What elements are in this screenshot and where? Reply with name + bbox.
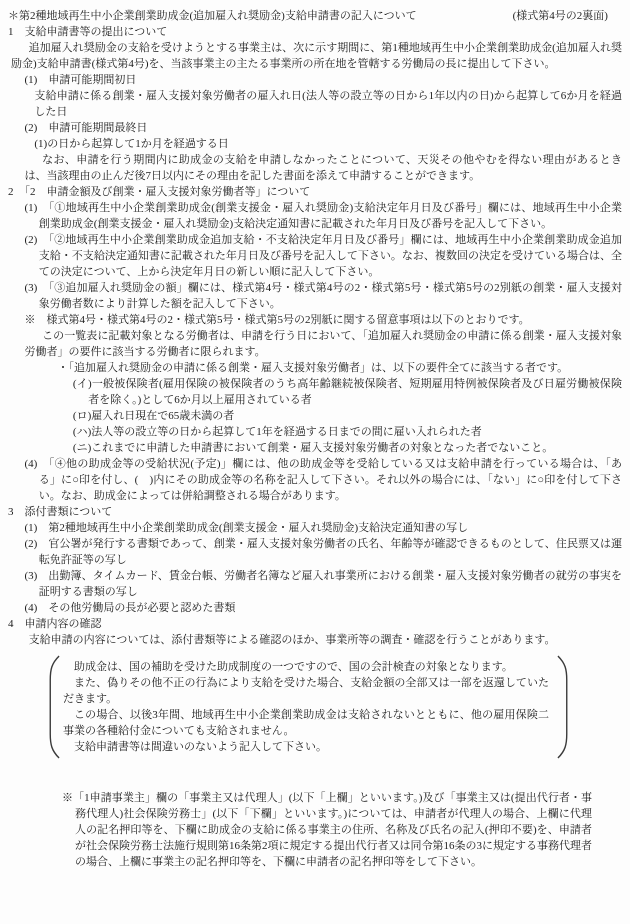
notice-line-1: 助成金は、国の補助を受けた助成制度の一つですので、国の会計検査の対象となります。 xyxy=(63,659,549,675)
section-3-item-2: (2) 官公署が発行する書類であって、創業・雇入支援対象労働者の氏名、年齢等が確… xyxy=(39,536,622,568)
right-bracket-icon xyxy=(557,655,570,759)
condition-i: (イ)一般被保険者(雇用保険の被保険者のうち高年齢継続被保険者、短期雇用特例被保… xyxy=(88,376,622,408)
section-1-item-1-label: (1) 申請可能期間初日 xyxy=(25,72,623,88)
section-2-item-2: (2) 「②地域再生中小企業創業助成金追加支給・不支給決定年月日及び番号」欄には… xyxy=(39,232,622,280)
section-2-bullet: ・「追加雇入れ奨励金の申請に係る創業・雇入支援対象労働者」は、以下の要件全てに該… xyxy=(58,360,623,376)
section-4-heading: 4 申請内容の確認 xyxy=(8,616,622,632)
page-title: ＊第2種地域再生中小企業創業助成金(追加雇入れ奨励金)支給申請書の記入について xyxy=(8,10,417,22)
notice-box-text: 助成金は、国の補助を受けた助成制度の一つですので、国の会計検査の対象となります。… xyxy=(60,655,557,759)
document-page: ＊第2種地域再生中小企業創業助成金(追加雇入れ奨励金)支給申請書の記入について(… xyxy=(0,0,630,924)
section-1-item-1-body: 支給申請に係る創業・雇入支援対象労働者の雇入れ日(法人等の設立等の日から1年以内… xyxy=(34,88,622,120)
condition-ni: (ニ)これまでに申請した申請書において創業・雇入支援対象労働者の対象となった者で… xyxy=(88,440,622,456)
section-2-item-4: (4) 「④他の助成金等の受給状況(予定)」欄には、他の助成金等を受給している又… xyxy=(39,456,622,504)
section-1-intro: 追加雇入れ奨励金の支給を受けようとする事業主は、次に示す期間に、第1種地域再生中… xyxy=(11,40,622,72)
section-2-heading: 2 「2 申請金額及び創業・雇入支援対象労働者等」について xyxy=(8,184,622,200)
notice-line-2: また、偽りその他不正の行為により支給を受けた場合、支給金額の全部又は一部を返還し… xyxy=(63,675,549,707)
section-2-note-para: この一覧表に記載対象となる労働者は、申請を行う日において、「追加雇入れ奨励金の申… xyxy=(25,328,623,360)
section-1-heading: 1 支給申請書等の提出について xyxy=(8,24,622,40)
section-1-item-2-note: なお、申請を行う期間内に助成金の支給を申請しなかったことについて、天災その他やむ… xyxy=(25,152,623,184)
section-2-item-3: (3) 「③追加雇入れ奨励金の額」欄には、様式第4号・様式第4号の2・様式第5号… xyxy=(39,280,622,312)
condition-ro: (ロ)雇入れ日現在で65歳未満の者 xyxy=(88,408,622,424)
section-3-heading: 3 添付書類について xyxy=(8,504,622,520)
section-3-item-4: (4) その他労働局の長が必要と認めた書類 xyxy=(39,600,622,616)
section-1-item-2-label: (2) 申請可能期間最終日 xyxy=(25,120,623,136)
notice-line-3: この場合、以後3年間、地域再生中小企業創業助成金は支給されないとともに、他の雇用… xyxy=(63,707,549,739)
section-2-note-star: ※ 様式第4号・様式第4号の2・様式第5号・様式第5号の2別紙に関する留意事項は… xyxy=(25,312,623,328)
document-header: ＊第2種地域再生中小企業創業助成金(追加雇入れ奨励金)支給申請書の記入について(… xyxy=(8,8,622,24)
form-reference: (様式第4号の2裏面) xyxy=(513,10,608,22)
section-1-item-2-body: (1)の日から起算して1か月を経過する日 xyxy=(34,136,622,152)
section-2-item-1: (1) 「①地域再生中小企業創業助成金(創業支援金・雇入れ奨励金)支給決定年月日… xyxy=(39,200,622,232)
applicant-field-footnote: ※「1申請事業主」欄の「事業主又は代理人」(以下「上欄」といいます。)及び「事業… xyxy=(75,790,592,870)
section-3-item-3: (3) 出勤簿、タイムカード、賃金台帳、労働者名簿など雇入れ事業所における創業・… xyxy=(39,568,622,600)
condition-ha: (ハ)法人等の設立等の日から起算して1年を経過する日までの間に雇い入れられた者 xyxy=(88,424,622,440)
left-bracket-icon xyxy=(47,655,60,759)
notice-box: 助成金は、国の補助を受けた助成制度の一つですので、国の会計検査の対象となります。… xyxy=(47,655,570,759)
notice-line-4: 支給申請書等は間違いのないよう記入して下さい。 xyxy=(63,739,549,755)
section-4-body: 支給申請の内容については、添付書類等による確認のほか、事業所等の調査・確認を行う… xyxy=(11,632,622,648)
section-3-item-1: (1) 第2種地域再生中小企業創業助成金(創業支援金・雇入れ奨励金)支給決定通知… xyxy=(39,520,622,536)
